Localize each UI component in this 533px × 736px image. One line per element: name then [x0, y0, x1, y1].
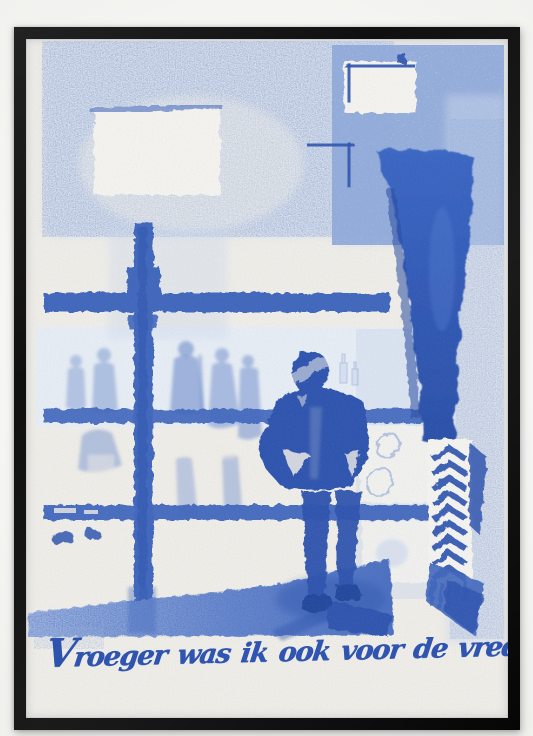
artwork-paper: Vroeger was ik ook voor de vrede: [26, 39, 508, 718]
photo-background: { "artwork": { "caption": "Vroeger was i…: [0, 0, 533, 736]
picture-frame: Vroeger was ik ook voor de vrede: [14, 27, 520, 730]
artwork-print: [26, 39, 508, 718]
print-grain-overlay: [26, 39, 508, 718]
